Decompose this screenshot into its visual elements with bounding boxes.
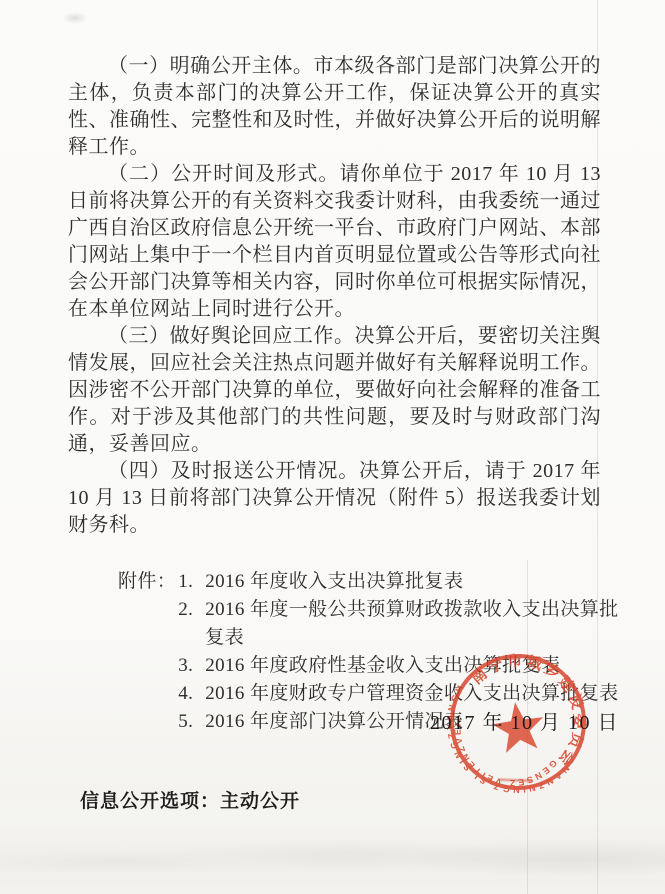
info-disclosure-option: 信息公开选项：主动公开 — [80, 786, 300, 813]
attachment-number: 4. — [178, 680, 205, 708]
attachment-number: 2. — [178, 596, 205, 652]
attachments-label: 附件： — [118, 568, 176, 736]
scanned-document-page: （一）明确公开主体。市本级各部门是部门决算公开的主体，负责本部门的决算公开工作，… — [0, 0, 665, 894]
attachment-number: 1. — [178, 568, 205, 596]
attachment-number: 5. — [178, 708, 205, 736]
attachment-item: 1. 2016 年度收入支出决算批复表 — [178, 568, 631, 596]
date-line: 2017 年 10 月 10 日 — [430, 706, 619, 735]
scan-bottom-band — [0, 822, 665, 894]
attachment-number: 3. — [178, 652, 205, 680]
paragraph-2: （二）公开时间及形式。请你单位于 2017 年 10 月 13 日前将决算公开的… — [68, 161, 601, 323]
paragraph-4: （四）及时报送公开情况。决算公开后，请于 2017 年 10 月 13 日前将部… — [68, 458, 601, 539]
paragraph-3: （三）做好舆论回应工作。决算公开后，要密切关注舆情发展，回应社会关注热点问题并做… — [68, 323, 601, 458]
document-body: （一）明确公开主体。市本级各部门是部门决算公开的主体，负责本部门的决算公开工作，… — [68, 53, 601, 736]
paragraph-1: （一）明确公开主体。市本级各部门是部门决算公开的主体，负责本部门的决算公开工作，… — [68, 53, 601, 161]
attachment-text: 2016 年度收入支出决算批复表 — [205, 568, 631, 596]
scan-smudge — [62, 12, 88, 24]
